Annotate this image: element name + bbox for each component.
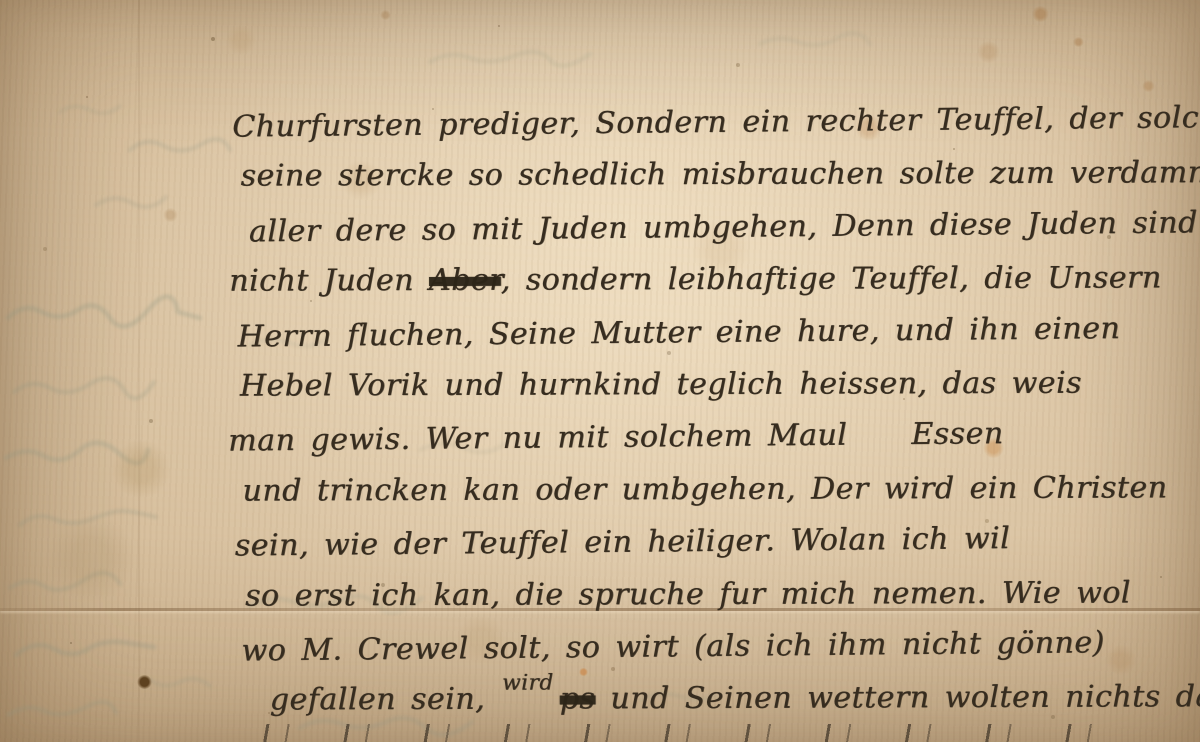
foxing-patch (45, 515, 137, 601)
stain (1032, 6, 1049, 22)
foxing-patch (225, 25, 257, 55)
fold-crease-vertical (138, 0, 140, 742)
word-segment: gefallen sein, (270, 682, 501, 718)
word-segment: seine stercke so schedlich misbrauchen s… (240, 156, 1200, 194)
paper-specks (0, 0, 2, 2)
stain (163, 208, 178, 222)
stain (1073, 37, 1084, 47)
word-segment: Essen (911, 417, 1004, 453)
foxing-patch (110, 440, 172, 498)
text-line: Churfursten prediger, Sondern ein rechte… (232, 92, 1186, 154)
word-segment: , sondern leibhaftige Teuffel, die Unser… (501, 261, 1162, 298)
word-segment: nicht Juden (229, 263, 429, 299)
word-segment: man gewis. Wer nu mit solchem Maul (228, 418, 847, 459)
struck-word: Aber (429, 263, 501, 298)
handwritten-text-block: Churfursten prediger, Sondern ein rechte… (226, 94, 1190, 729)
word-gap (847, 444, 911, 445)
word-segment: so erst ich kan, die spruche fur mich ne… (245, 575, 1131, 613)
word-segment: Herrn fluchen, Seine Mutter eine hure, u… (237, 311, 1120, 354)
word-segment: Hebel Vorik und hurnkind teglich heissen… (240, 366, 1082, 404)
text-line: nicht Juden Aber, sondern leibhaftige Te… (229, 252, 1187, 308)
word-segment: aller dere so mit Juden umbgehen, Denn d… (249, 205, 1198, 249)
word-segment: und trincken kan oder umbgehen, Der wird… (242, 470, 1167, 508)
dark-ink-spot (137, 675, 152, 689)
word-segment: wo M. Crewel solt, so wirt (als ich ihm … (241, 625, 1105, 668)
text-line: Herrn fluchen, Seine Mutter eine hure, u… (237, 302, 1187, 364)
text-line: seine stercke so schedlich misbrauchen s… (240, 148, 1186, 204)
word-segment: und Seinen wettern wolten nichts davon z… (595, 679, 1200, 717)
text-line: wo M. Crewel solt, so wirt (als ich ihm … (241, 616, 1189, 677)
inserted-word: wird (502, 671, 554, 696)
text-line: sein, wie der Teuffel ein heiliger. Wola… (235, 512, 1189, 574)
manuscript-page: Churfursten prediger, Sondern ein rechte… (0, 0, 1200, 742)
text-line: so erst ich kan, die spruche fur mich ne… (245, 567, 1189, 623)
text-line: man gewis. Wer nu mit solchem MaulEssen (228, 407, 1188, 469)
stain (977, 41, 1000, 63)
text-line: und trincken kan oder umbgehen, Der wird… (242, 462, 1188, 518)
struck-word: ps (560, 682, 596, 717)
word-segment: sein, wie der Teuffel ein heiliger. Wola… (235, 521, 1011, 563)
text-line: aller dere so mit Juden umbgehen, Denn d… (249, 197, 1187, 258)
word-segment: Churfursten prediger, Sondern ein rechte… (232, 100, 1200, 145)
stain (380, 10, 391, 20)
text-line: Hebel Vorik und hurnkind teglich heissen… (240, 357, 1188, 413)
text-line: gefallen sein, wirdps und Seinen wettern… (270, 672, 1190, 728)
stain (1142, 80, 1155, 92)
